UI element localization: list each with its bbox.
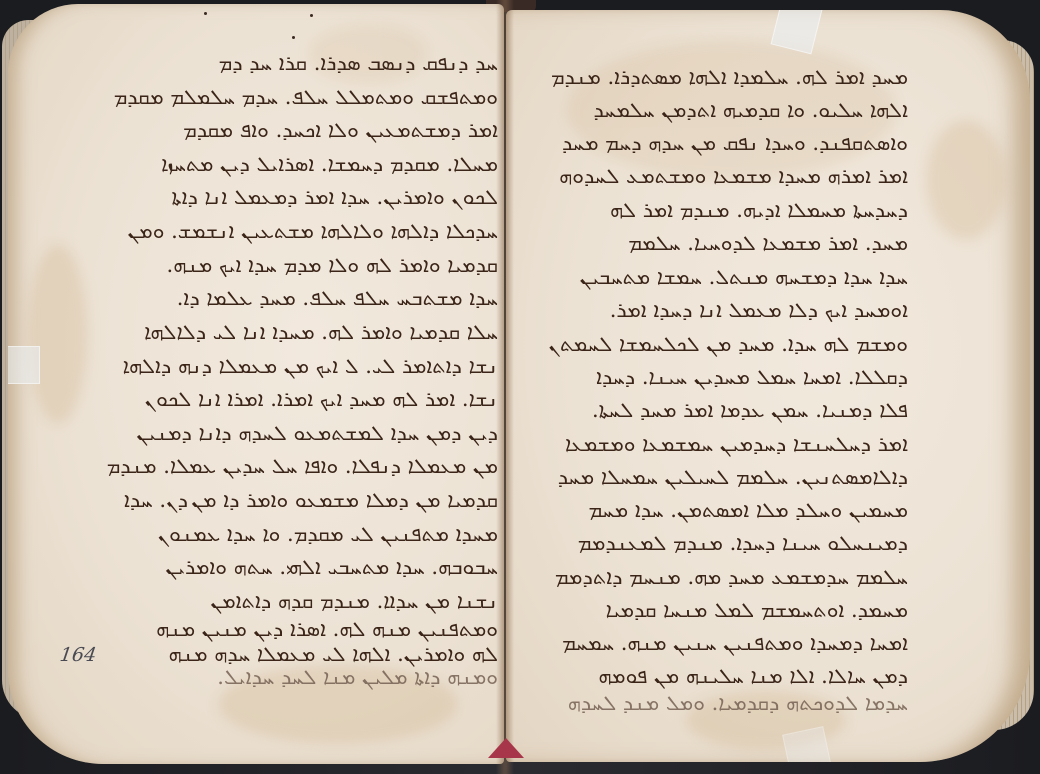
manuscript-line: ܡܢ ܡܥܡܠܐ ܕܢܦܠܐ. ܘܐܦܐ ܚܠ ܚܕܝܢ ܥܡܠܐ. ܡܢܕܡ [106, 453, 498, 479]
manuscript-line: ܚܠܐ ܩܕܡܝܐ ܘܐܡܪ ܠܗ. ܡܚܕܐ ܐܢܐ ܠܝ ܕܠܐܠܗܐ [106, 319, 498, 345]
left-page: ܚܕ ܕܢܦܩ ܕܢܣܒ ܣܕܪܐ. ܩܪܐ ܚܕ ܕܡ ܘܡܬܦܫܩ ܘܡܬܡ… [8, 4, 504, 764]
manuscript-line: ܩܕܡܝܐ ܘܐܡܪ ܠܗ ܘܠܐ ܡܕܡ ܚܕܐ ܐܝܟ ܡܢܗ. [106, 252, 498, 278]
manuscript-line: ܚܒܘܒܗ. ܚܕܐ ܡܬܚܒܝ ܐܠܗܝ. ܚܬܗ ܘܐܡܪܝܢ [106, 554, 498, 580]
manuscript-line: ܕܝܢ ܕܡܢ ܚܕܐ ܠܡܫܬܡܥܘ ܠܚܕܗ ܕܐܢܐ ܕܡܢܝܢ [106, 420, 498, 446]
manuscript-line: ܢܫܐ ܕܐܬܐܡܪ ܠܝ. ܠ ܐܝܟ ܡܢ ܡܥܡܠܐ ܕܢܗ ܕܐܠܗܐ [106, 353, 498, 379]
manuscript-line: ܕܡܝܢܚܠܘ ܚܝܢܐ ܕܚܕܐ. ܡܢܕܡ ܠܡܥܢܕܡܡ [524, 530, 908, 556]
manuscript-line: ܚܠܡܡ ܚܕܡܫܡܥ ܡܚܕ ܡܗ. ܡܢܚܡ ܕܐܬܕܡܡ [524, 564, 908, 590]
manuscript-line: ܘܡܫܡ ܠܗ ܚܕܐ. ܡܚܕ ܡܢ ܠܟܠܚܡܫܐ ܠܚܡܬܢ [524, 331, 908, 357]
right-page: ܡܚܕ ܐܡܪ ܠܗ. ܚܠܡܕܐ ܐܠܗܐ ܡܣܬܕܪܐ. ܡܢܕܡ ܐܠܗܐ… [506, 10, 1030, 762]
manuscript-line: ܘܐܣܬܩܦܢܕ. ܘܚܕܐ ܢܦܩ ܡܢ ܚܕܗ ܕܚܡ ܡܚܕ [524, 130, 908, 156]
manuscript-line: ܢܫܢܐ ܡܢ ܚܕܐܐ. ܡܢܕܡ ܩܕܗ ܕܐܬܐܡܢ [106, 588, 498, 614]
repair-tape [8, 346, 40, 384]
manuscript-line: ܢܫܐ. ܐܡܪ ܠܗ ܡܚܕ ܐܝܟ ܐܡܪܐ. ܐܡܪܐ ܐܢܐ ܠܟܘܢ [106, 386, 498, 412]
manuscript-line: ܐܡܪ ܕܡܫܬܡܥܝܢ ܘܠܐ ܐܟܚܕ. ܘܐܦ ܡܩܕܡ [106, 117, 498, 143]
manuscript-line: ܕܚܕܚܬܐ ܡܚܡܠܐ ܐܕܝܗ. ܡܢܕܡ ܐܡܪ ܠܗ [524, 197, 908, 223]
left-text-block: ܚܕ ܕܢܦܩ ܕܢܣܒ ܣܕܪܐ. ܩܪܐ ܚܕ ܕܡ ܘܡܬܦܫܩ ܘܡܬܡ… [98, 4, 498, 764]
manuscript-line: ܕܩܠܠܐ. ܐܡܚܐ ܚܡܠ ܡܚܕܝܢ ܚܝܢܐ. ܕܚܕܐ [524, 364, 908, 390]
stain [28, 244, 88, 424]
manuscript-line: ܡܚܕ ܐܡܪ ܠܗ. ܚܠܡܕܐ ܐܠܗܐ ܡܣܬܕܪܐ. ܡܢܕܡ [524, 64, 908, 90]
right-text-block: ܡܚܕ ܐܡܪ ܠܗ. ܚܠܡܕܐ ܐܠܗܐ ܡܣܬܕܪܐ. ܡܢܕܡ ܐܠܗܐ… [518, 10, 908, 762]
manuscript-line: ܠܟܘܢ ܘܐܡܪܝܢ. ܚܕܐ ܐܡܪ ܕܡܥܡܠ ܐܢܐ ܕܐܬܐ [106, 184, 498, 210]
manuscript-line: ܡܚܕ. ܐܡܪ ܡܫܡܥܐ ܠܕܘܚܝܐ. ܚܠܡܡ [524, 230, 908, 256]
folio-number: 164 [58, 644, 97, 666]
manuscript-line: ܡܚܡܝܢ ܘܚܠܕ ܡܠܐ ܐܡܣܬܡܢ. ܚܕܐ ܡܚܡ [524, 497, 908, 523]
manuscript-line: ܡܚܡܕ. ܐܘܬܚܡܫܡ ܠܡܠ ܡܢܚܐ ܩܕܡܝܐ [524, 597, 908, 623]
manuscript-line: ܚܕܐ ܚܕܐ ܕܡܫܚܗ ܡܢܬܠ. ܚܡܫܐ ܡܬܚܒܝܢ [524, 264, 908, 290]
manuscript-line: ܘܡܬܦܫܩ ܘܡܬܡܠܠ ܚܠܦ. ܚܕܡ ܚܠܡܠܡ ܡܩܕܡ [106, 84, 498, 110]
manuscript-line: ܘܡܬܦܢܝܢ ܡܢܗ ܠܗ. ܐܣܪܐ ܕܝܢ ܡܢܝܢ ܡܢܗ [106, 616, 498, 642]
manuscript-line: ܐܡܪ ܕܚܠܚܢܫܐ ܕܚܕܡܝܢ ܚܡܫܡܥܐ ܘܡܫܡܥܐ [524, 431, 908, 457]
manuscript-line: ܚܕܐ ܡܫܬܒܚ ܚܠܦ ܚܠܦ. ܡܚܕ ܥܠܡܐ ܕܐ. [106, 285, 498, 311]
stain [926, 120, 1006, 240]
manuscript-line: ܡܚܕܐ ܡܬܦܢܝܢ ܠܝ ܡܩܕܡ. ܘܐ ܚܕܐ ܥܡܢܘܢ [106, 521, 498, 547]
manuscript-line: ܐܠܗܐ ܚܠܝܘ. ܘܐ ܩܕܡܝܗ ܐܬܕܡܢ ܚܠܡܚܕ [524, 97, 908, 123]
manuscript-line: ܦܠܐ ܕܡܢܝܐ. ܚܡܢ ܥܕܡܐ ܐܡܪ ܡܚܕ ܠܚܬܐ. [524, 397, 908, 423]
manuscript-line: ܐܡܚܐ ܕܡܚܕܐ ܘܡܬܦܢܝܢ ܚܢܝܢ ܡܢܗ. ܚܡܚܡ [524, 630, 908, 656]
manuscript-line: ܩܕܡܝܐ ܡܢ ܕܡܠܐ ܡܫܡܥܘ ܘܐܡܪ ܕܐ ܡܢ ܕܢ. ܚܕܐ [106, 487, 498, 513]
manuscript-line: ܡܚܠܐ. ܡܩܕܡ ܕܚܡܫܐ. ܐܣܪܐܝܠ ܕܝܢ ܡܬܚܙܐ [106, 151, 498, 177]
manuscript-line: ܐܡܪ ܐܡܪܗ ܡܚܕܐ ܡܫܡܥܐ ܘܡܫܬܡܥ ܠܚܕܘܗ [524, 163, 908, 189]
manuscript-line: ܕܡܢ ܚܐܠܐ. ܐܠܐ ܡܢܐ ܚܠܝܢܗ ܡܢ ܦܘܡܗ [524, 663, 908, 689]
book-gutter [496, 0, 514, 774]
manuscript-line: ܘܡܢܗ ܕܐܬܐ ܡܠܝܢ ܡܢܐ ܠܚܕ ܚܕܐܝܠ. [106, 664, 498, 690]
manuscript-line: ܐܘܡܚܕ ܐܝܟ ܕܠܐ ܡܥܡܠ ܐܢܐ ܕܚܕܐ ܐܡܪ. [524, 297, 908, 323]
manuscript-line: ܚܕܟܠܐ ܕܐܠܗܐ ܘܠܐܠܗܐ ܡܫܬܥܝܢ ܐܢܫܡܫ. ܘܡܢ [106, 218, 498, 244]
manuscript-line: ܚܕܡܐ ܠܕܘܟܬܗ ܕܩܕܡܝܐ. ܘܡܠ ܡܢܕ ܠܚܕܗ [524, 690, 908, 716]
manuscript-line: ܕܐܠܐܡܣܬܢܝܢ. ܚܠܡܡ ܠܚܝܠܝܢ ܚܡܚܠܐ ܡܚܕ [524, 464, 908, 490]
manuscript-line: ܚܕ ܕܢܦܩ ܕܢܣܒ ܣܕܪܐ. ܩܪܐ ܚܕ ܕܡ [106, 50, 498, 76]
